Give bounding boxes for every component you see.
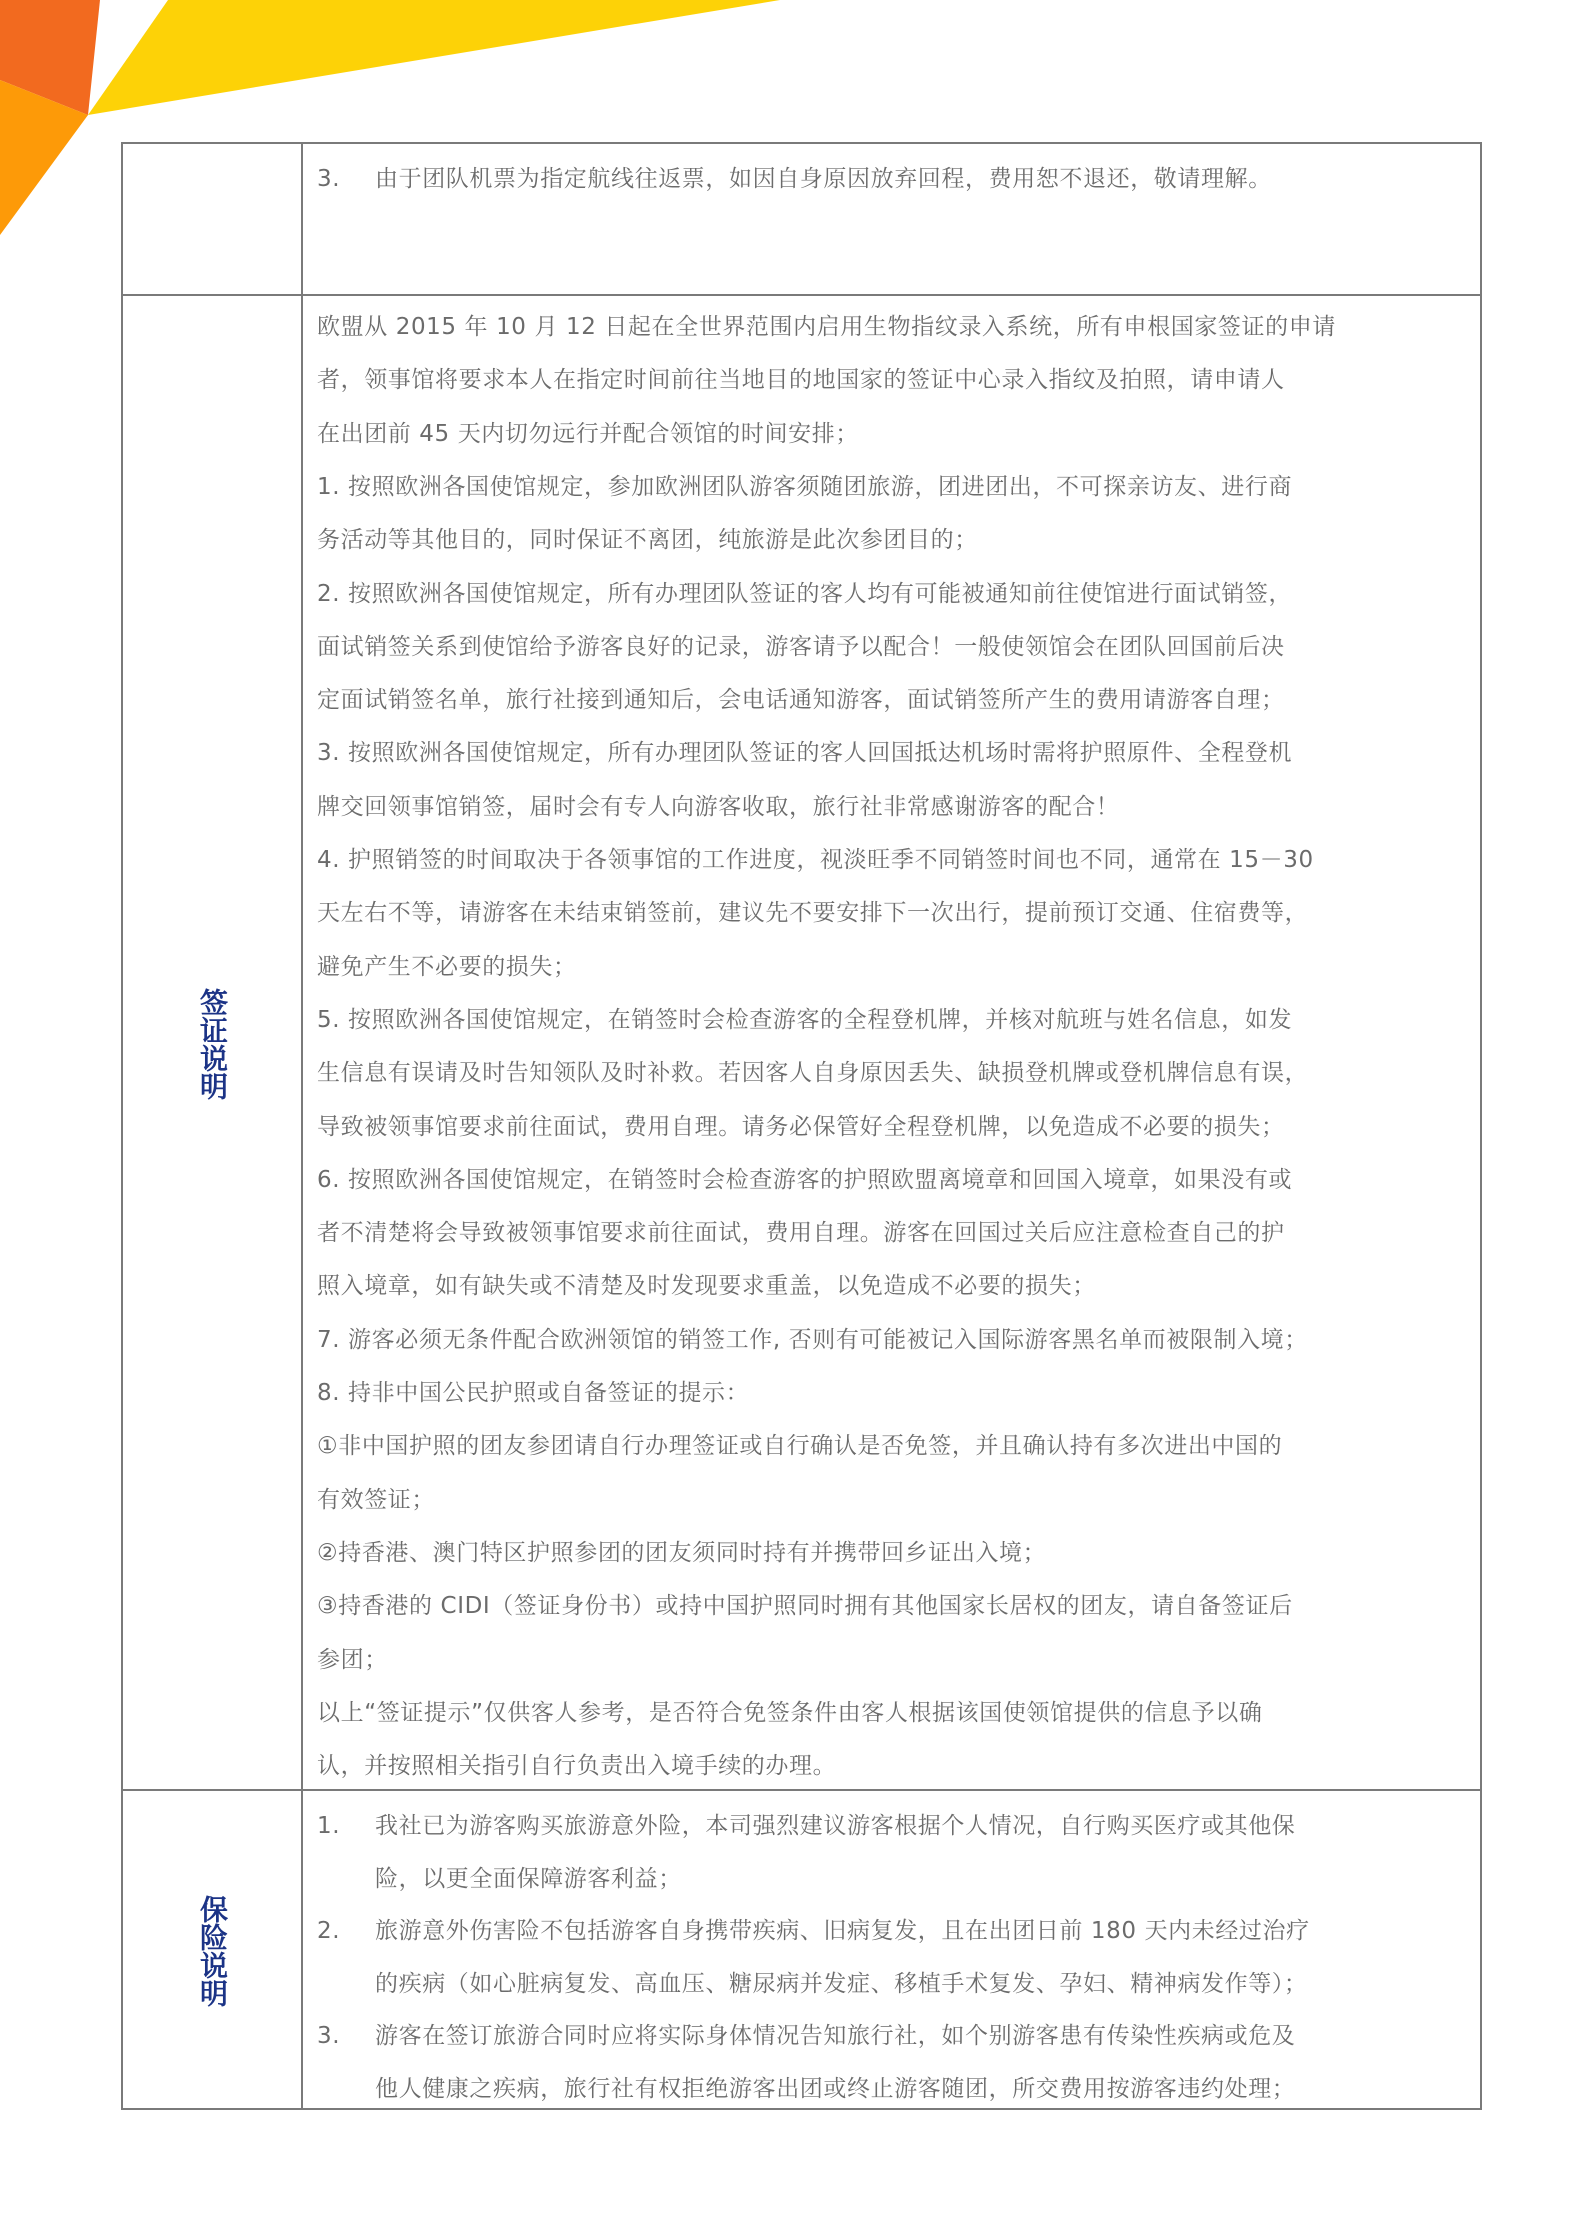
- visa-text-line: 6. 按照欧洲各国使馆规定，在销签时会检查游客的护照欧盟离境章和回国入境章，如果…: [317, 1154, 1472, 1207]
- visa-content-cell: 欧盟从 2015 年 10 月 12 日起在全世界范围内启用生物指纹录入系统，所…: [303, 296, 1480, 1791]
- insurance-content-cell: 1.我社已为游客购买旅游意外险，本司强烈建议游客根据个人情况，自行购买医疗或其他…: [303, 1791, 1480, 2110]
- item-text: 他人健康之疾病，旅行社有权拒绝游客出团或终止游客随团，所交费用按游客违约处理；: [375, 2076, 1295, 2102]
- visa-text-line: 生信息有误请及时告知领队及时补救。若因客人自身原因丢失、缺损登机牌或登机牌信息有…: [317, 1047, 1472, 1100]
- visa-text-line: 3. 按照欧洲各国使馆规定，所有办理团队签证的客人回国抵达机场时需将护照原件、全…: [317, 727, 1472, 780]
- visa-text-line: 7. 游客必须无条件配合欧洲领馆的销签工作, 否则有可能被记入国际游客黑名单而被…: [317, 1314, 1472, 1367]
- visa-text-line: 在出团前 45 天内切勿远行并配合领馆的时间安排；: [317, 408, 1472, 461]
- visa-text-line: 4. 护照销签的时间取决于各领事馆的工作进度，视淡旺季不同销签时间也不同，通常在…: [317, 834, 1472, 887]
- info-table: 3.由于团队机票为指定航线往返票，如因自身原因放弃回程，费用恕不退还，敬请理解。…: [121, 142, 1482, 2110]
- insurance-label-cell: 保险说明: [123, 1791, 303, 2110]
- visa-text-line: 面试销签关系到使馆给予游客良好的记录，游客请予以配合！一般使领馆会在团队回国前后…: [317, 621, 1472, 674]
- insurance-list-line: 2.旅游意外伤害险不包括游客自身携带疾病、旧病复发，且在出团日前 180 天内未…: [317, 1905, 1472, 1958]
- item-text: 旅游意外伤害险不包括游客自身携带疾病、旧病复发，且在出团日前 180 天内未经过…: [375, 1918, 1310, 1944]
- item-text: 游客在签订旅游合同时应将实际身体情况告知旅行社，如个别游客患有传染性疾病或危及: [375, 2023, 1295, 2049]
- item-number: 3.: [317, 153, 375, 206]
- item-text: 由于团队机票为指定航线往返票，如因自身原因放弃回程，费用恕不退还，敬请理解。: [375, 166, 1272, 192]
- item-number: 2.: [317, 1905, 375, 1958]
- visa-text-line: 欧盟从 2015 年 10 月 12 日起在全世界范围内启用生物指纹录入系统，所…: [317, 301, 1472, 354]
- visa-text-line: 照入境章，如有缺失或不清楚及时发现要求重盖，以免造成不必要的损失；: [317, 1260, 1472, 1313]
- visa-text-line: 2. 按照欧洲各国使馆规定，所有办理团队签证的客人均有可能被通知前往使馆进行面试…: [317, 568, 1472, 621]
- table-row-continuation: 3.由于团队机票为指定航线往返票，如因自身原因放弃回程，费用恕不退还，敬请理解。: [123, 144, 1480, 296]
- visa-text-line: 定面试销签名单，旅行社接到通知后，会电话通知游客，面试销签所产生的费用请游客自理…: [317, 674, 1472, 727]
- visa-text-line: 避免产生不必要的损失；: [317, 941, 1472, 994]
- visa-text-line: 以上“签证提示”仅供客人参考，是否符合免签条件由客人根据该国使领馆提供的信息予以…: [317, 1687, 1472, 1740]
- item-text: 的疾病（如心脏病复发、高血压、糖尿病并发症、移植手术复发、孕妇、精神病发作等）；: [375, 1971, 1308, 1997]
- visa-text-line: 天左右不等，请游客在未结束销签前，建议先不要安排下一次出行，提前预订交通、住宿费…: [317, 887, 1472, 940]
- visa-text-line: 牌交回领事馆销签，届时会有专人向游客收取，旅行社非常感谢游客的配合！: [317, 781, 1472, 834]
- table-row-visa: 签证说明 欧盟从 2015 年 10 月 12 日起在全世界范围内启用生物指纹录…: [123, 294, 1480, 1791]
- visa-text-line: ②持香港、澳门特区护照参团的团友须同时持有并携带回乡证出入境；: [317, 1527, 1472, 1580]
- visa-text-line: 5. 按照欧洲各国使馆规定，在销签时会检查游客的全程登机牌，并核对航班与姓名信息…: [317, 994, 1472, 1047]
- visa-text-line: 认，并按照相关指引自行负责出入境手续的办理。: [317, 1740, 1472, 1793]
- visa-text-line: 8. 持非中国公民护照或自备签证的提示：: [317, 1367, 1472, 1420]
- visa-text-line: 务活动等其他目的，同时保证不离团，纯旅游是此次参团目的；: [317, 514, 1472, 567]
- insurance-label: 保险说明: [198, 1895, 226, 2007]
- item-text: 我社已为游客购买旅游意外险，本司强烈建议游客根据个人情况，自行购买医疗或其他保: [375, 1813, 1295, 1839]
- insurance-list-line: 他人健康之疾病，旅行社有权拒绝游客出团或终止游客随团，所交费用按游客违约处理；: [317, 2063, 1472, 2116]
- insurance-list-line: 险，以更全面保障游客利益；: [317, 1853, 1472, 1906]
- list-item: 3.由于团队机票为指定航线往返票，如因自身原因放弃回程，费用恕不退还，敬请理解。: [317, 153, 1472, 206]
- visa-text-line: 导致被领事馆要求前往面试，费用自理。请务必保管好全程登机牌，以免造成不必要的损失…: [317, 1101, 1472, 1154]
- visa-label-cell: 签证说明: [123, 296, 303, 1791]
- row-content-cell: 3.由于团队机票为指定航线往返票，如因自身原因放弃回程，费用恕不退还，敬请理解。: [303, 144, 1480, 296]
- visa-text-line: 参团；: [317, 1634, 1472, 1687]
- item-text: 险，以更全面保障游客利益；: [375, 1866, 682, 1892]
- insurance-list-line: 1.我社已为游客购买旅游意外险，本司强烈建议游客根据个人情况，自行购买医疗或其他…: [317, 1800, 1472, 1853]
- insurance-list-line: 3.游客在签订旅游合同时应将实际身体情况告知旅行社，如个别游客患有传染性疾病或危…: [317, 2010, 1472, 2063]
- visa-label: 签证说明: [198, 988, 226, 1100]
- visa-text-line: ①非中国护照的团友参团请自行办理签证或自行确认是否免签，并且确认持有多次进出中国…: [317, 1420, 1472, 1473]
- item-number: 3.: [317, 2010, 375, 2063]
- visa-text-line: 者，领事馆将要求本人在指定时间前往当地目的地国家的签证中心录入指纹及拍照，请申请…: [317, 354, 1472, 407]
- visa-text-line: ③持香港的 CIDI（签证身份书）或持中国护照同时拥有其他国家长居权的团友，请自…: [317, 1580, 1472, 1633]
- visa-text-line: 有效签证；: [317, 1474, 1472, 1527]
- insurance-list-line: 的疾病（如心脏病复发、高血压、糖尿病并发症、移植手术复发、孕妇、精神病发作等）；: [317, 1958, 1472, 2011]
- table-row-insurance: 保险说明 1.我社已为游客购买旅游意外险，本司强烈建议游客根据个人情况，自行购买…: [123, 1789, 1480, 2110]
- visa-text-line: 者不清楚将会导致被领事馆要求前往面试，费用自理。游客在回国过关后应注意检查自己的…: [317, 1207, 1472, 1260]
- yellow-shape: [88, 0, 780, 115]
- row-label-cell: [123, 144, 303, 296]
- visa-text-line: 1. 按照欧洲各国使馆规定，参加欧洲团队游客须随团旅游，团进团出，不可探亲访友、…: [317, 461, 1472, 514]
- item-number: 1.: [317, 1800, 375, 1853]
